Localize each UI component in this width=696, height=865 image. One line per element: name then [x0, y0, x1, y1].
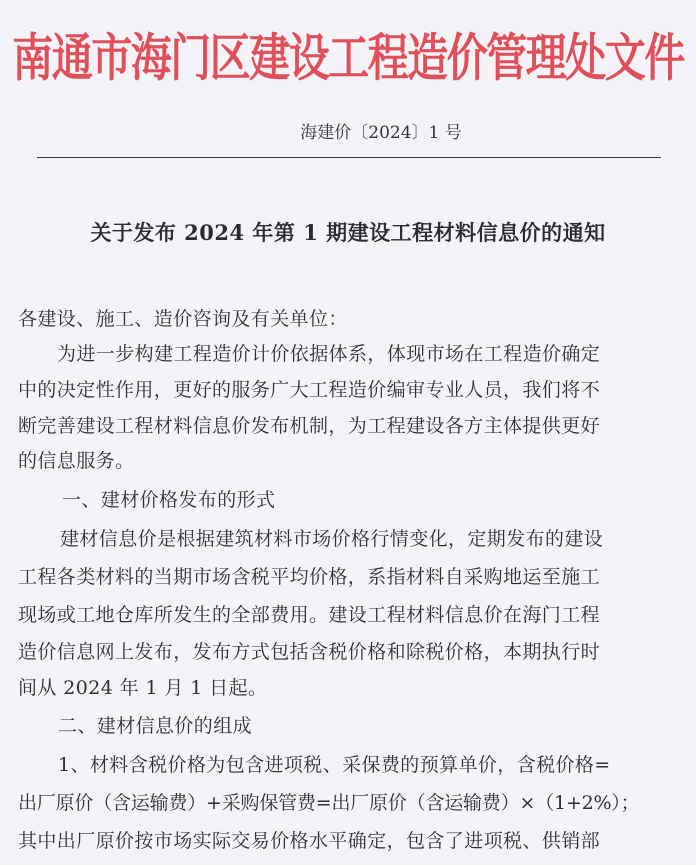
section2-line-3: 其中出厂原价按市场实际交易价格水平确定，包含了进项税、供销部 — [18, 826, 600, 853]
document-number: 海建价〔2024〕1 号 — [0, 118, 696, 143]
section1-line-4: 造价信息网上发布，发布方式包括含税价格和除税价格，本期执行时 — [18, 637, 600, 664]
section1-heading: 一、建材价格发布的形式 — [62, 485, 275, 512]
document-number-text: 海建价〔2024〕1 号 — [300, 123, 461, 143]
intro-line-3: 断完善建设工程材料信息价发布机制，为工程建设各方主体提供更好 — [18, 411, 600, 438]
section1-line-2: 工程各类材料的当期市场含税平均价格，系指材料自采购地运至施工 — [18, 562, 600, 589]
section2-heading: 二、建材信息价的组成 — [58, 711, 252, 738]
section1-line-3: 现场或工地仓库所发生的全部费用。建设工程材料信息价在海门工程 — [18, 600, 600, 627]
section1-line-1: 建材信息价是根据建筑材料市场价格行情变化，定期发布的建设 — [60, 524, 603, 551]
intro-line-2: 中的决定性作用，更好的服务广大工程造价编审专业人员，我们将不 — [18, 375, 600, 402]
intro-line-1: 为进一步构建工程造价计价依据体系，体现市场在工程造价确定 — [57, 339, 600, 366]
header-divider — [37, 157, 661, 158]
intro-line-4: 的信息服务。 — [18, 446, 134, 473]
section2-line-1: 1、材料含税价格为包含进项税、采保费的预算单价，含税价格= — [58, 750, 611, 777]
salutation: 各建设、施工、造价咨询及有关单位： — [18, 304, 348, 331]
section1-line-5: 间从 2024 年 1 月 1 日起。 — [18, 673, 267, 700]
issuer-header-title: 南通市海门区建设工程造价管理处文件 — [0, 8, 696, 108]
notice-title: 关于发布 2024 年第 1 期建设工程材料信息价的通知 — [0, 217, 696, 247]
section2-line-2: 出厂原价（含运输费）+采购保管费=出厂原价（含运输费）×（1+2%）； — [18, 788, 639, 815]
